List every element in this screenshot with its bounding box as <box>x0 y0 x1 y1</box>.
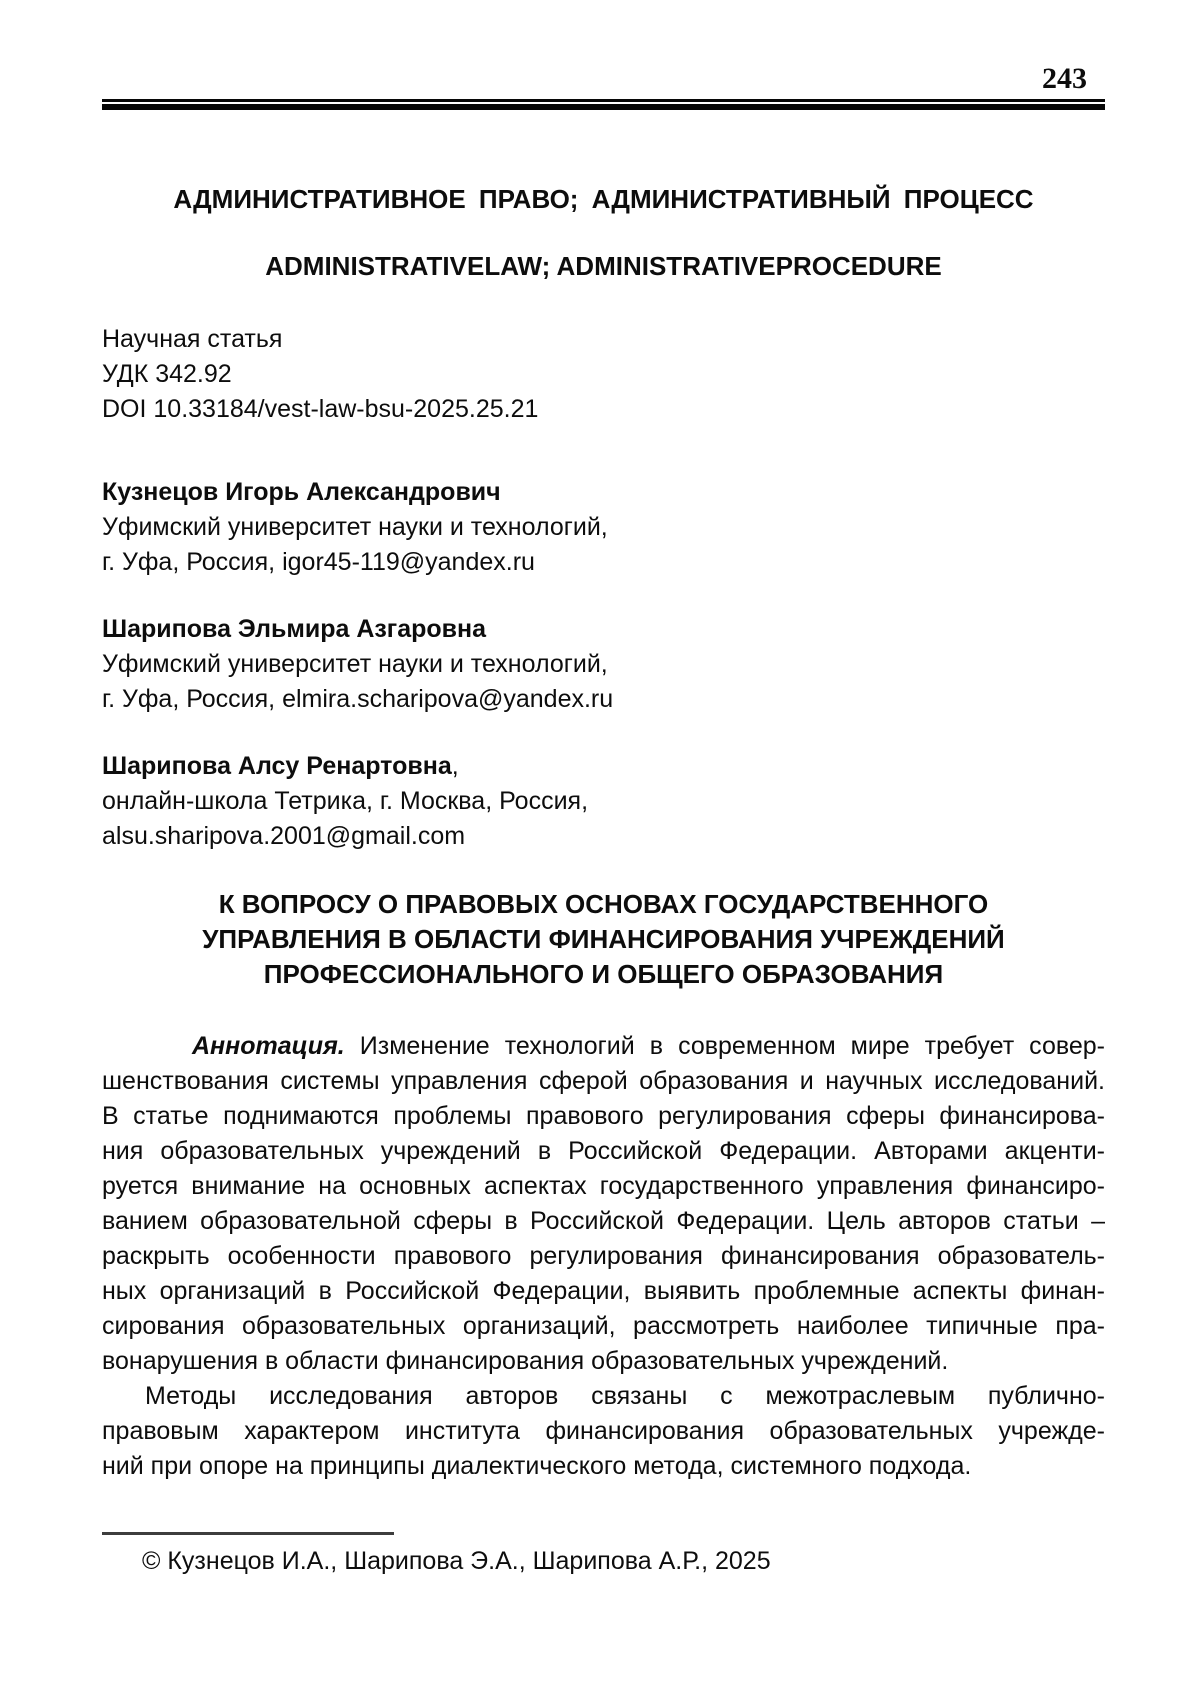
abstract-line: ных организаций в Российской Федерации, … <box>102 1274 1105 1309</box>
copyright-line: © Кузнецов И.А., Шарипова Э.А., Шарипова… <box>102 1544 1105 1579</box>
doi: DOI 10.33184/vest-law-bsu-2025.25.21 <box>102 392 1105 427</box>
author-contact: г. Уфа, Россия, igor45-119@yandex.ru <box>102 545 1105 580</box>
article-title: К ВОПРОСУ О ПРАВОВЫХ ОСНОВАХ ГОСУДАРСТВЕ… <box>102 887 1105 992</box>
author-name: Кузнецов Игорь Александрович <box>102 475 1105 510</box>
abstract-line: Методы исследования авторов связаны с ме… <box>102 1379 1105 1414</box>
journal-page: 243 АДМИНИСТРАТИВНОЕ ПРАВО; АДМИНИСТРАТИ… <box>0 0 1200 1698</box>
abstract-label: Аннотация. <box>192 1032 345 1060</box>
author-name-text: Шарипова Алсу Ренартовна <box>102 752 452 780</box>
abstract-line: Аннотация. Изменение технологий в соврем… <box>102 1029 1105 1064</box>
article-meta: Научная статья УДК 342.92 DOI 10.33184/v… <box>102 322 1105 427</box>
abstract-line: ния образовательных учреждений в Российс… <box>102 1134 1105 1169</box>
author-affiliation: онлайн-школа Тетрика, г. Москва, Россия, <box>102 784 1105 819</box>
abstract-line: руется внимание на основных аспектах гос… <box>102 1169 1105 1204</box>
section-heading-ru: АДМИНИСТРАТИВНОЕ ПРАВО; АДМИНИСТРАТИВНЫЙ… <box>102 182 1105 217</box>
article-title-line: К ВОПРОСУ О ПРАВОВЫХ ОСНОВАХ ГОСУДАРСТВЕ… <box>102 887 1105 922</box>
article-title-line: ПРОФЕССИОНАЛЬНОГО И ОБЩЕГО ОБРАЗОВАНИЯ <box>102 957 1105 992</box>
article-type: Научная статья <box>102 322 1105 357</box>
abstract-line-text: Изменение технологий в современном мире … <box>345 1032 1105 1060</box>
abstract-line: В статье поднимаются проблемы правового … <box>102 1099 1105 1134</box>
abstract-line: шенствования системы управления сферой о… <box>102 1064 1105 1099</box>
author-contact: г. Уфа, Россия, elmira.scharipova@yandex… <box>102 682 1105 717</box>
page-number: 243 <box>102 62 1105 96</box>
author-block: Шарипова Эльмира Азгаровна Уфимский унив… <box>102 612 1105 717</box>
header-rule <box>102 99 1105 110</box>
author-contact: alsu.sharipova.2001@gmail.com <box>102 819 1105 854</box>
abstract-line: правовым характером института финансиров… <box>102 1414 1105 1449</box>
abstract-line: сирования образовательных организаций, р… <box>102 1309 1105 1344</box>
abstract-line: раскрыть особенности правового регулиров… <box>102 1239 1105 1274</box>
footnote-separator-rule <box>102 1532 394 1535</box>
udc-code: УДК 342.92 <box>102 357 1105 392</box>
author-name: Шарипова Алсу Ренартовна, <box>102 749 1105 784</box>
author-affiliation: Уфимский университет науки и технологий, <box>102 647 1105 682</box>
article-title-line: УПРАВЛЕНИЯ В ОБЛАСТИ ФИНАНСИРОВАНИЯ УЧРЕ… <box>102 922 1105 957</box>
abstract: Аннотация. Изменение технологий в соврем… <box>102 1029 1105 1484</box>
author-block: Шарипова Алсу Ренартовна, онлайн-школа Т… <box>102 749 1105 854</box>
author-name-suffix: , <box>452 752 459 780</box>
author-name-text: Кузнецов Игорь Александрович <box>102 478 501 506</box>
abstract-line: ний при опоре на принципы диалектическог… <box>102 1449 1105 1484</box>
author-name-text: Шарипова Эльмира Азгаровна <box>102 615 486 643</box>
abstract-line: ванием образовательной сферы в Российско… <box>102 1204 1105 1239</box>
author-affiliation: Уфимский университет науки и технологий, <box>102 510 1105 545</box>
footnote: © Кузнецов И.А., Шарипова Э.А., Шарипова… <box>102 1532 1105 1579</box>
section-heading-en: ADMINISTRATIVELAW; ADMINISTRATIVEPROCEDU… <box>102 249 1105 284</box>
author-block: Кузнецов Игорь Александрович Уфимский ун… <box>102 475 1105 580</box>
abstract-line: вонарушения в области финансирования обр… <box>102 1344 1105 1379</box>
author-name: Шарипова Эльмира Азгаровна <box>102 612 1105 647</box>
